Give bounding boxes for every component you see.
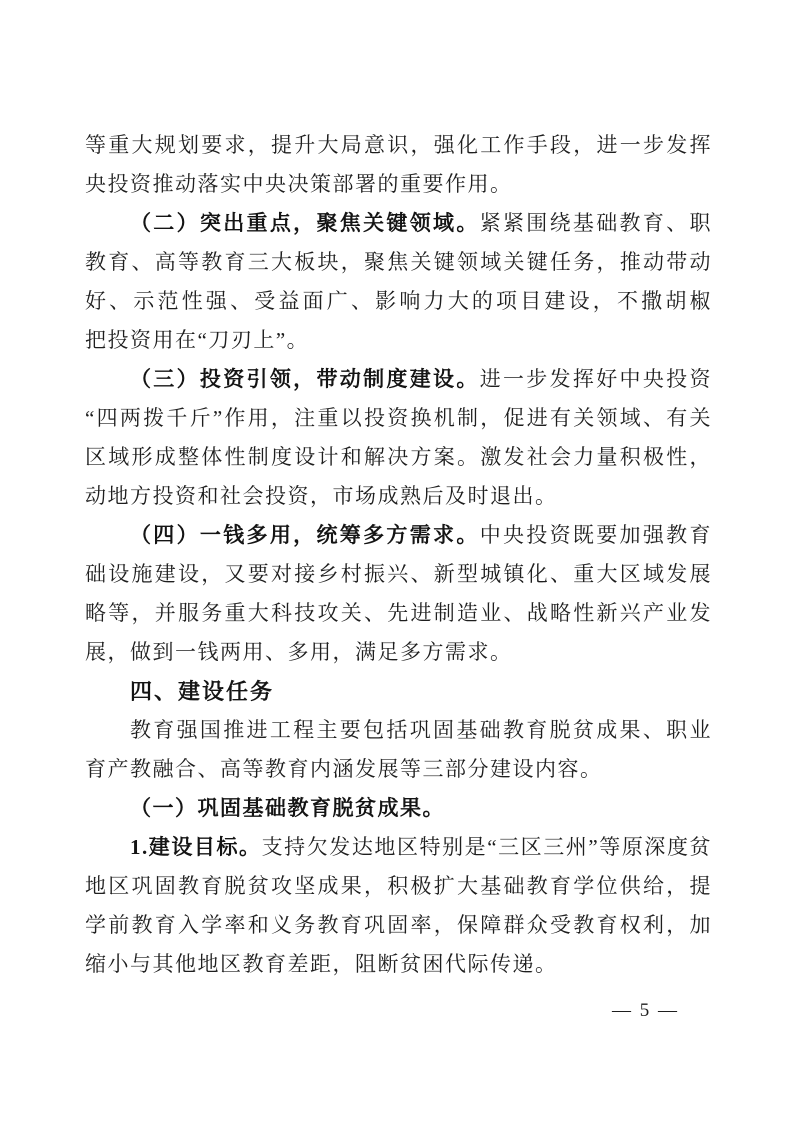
text-run: 区域形成整体性制度设计和解决方案。激发社会力量积极性，带 <box>85 445 712 477</box>
text-run: 础设施建设，又要对接乡村振兴、新型城镇化、重大区域发展战 <box>85 562 712 594</box>
text-line-4: 教育、高等教育三大板块，聚焦关键领域关键任务，推动带动性 <box>85 243 712 282</box>
text-run: 动地方投资和社会投资，市场成熟后及时退出。 <box>85 484 558 508</box>
text-run: 等重大规划要求，提升大局意识，强化工作手段，进一步发挥中 <box>85 133 712 165</box>
text-run: 缩小与其他地区教育差距，阻断贫困代际传递。 <box>85 952 558 976</box>
text-line-19: 1.建设目标。支持欠发达地区特别是“三区三州”等原深度贫困 <box>85 828 712 867</box>
text-line-16: 教育强国推进工程主要包括巩固基础教育脱贫成果、职业教 <box>85 711 712 750</box>
text-run: 略等，并服务重大科技攻关、先进制造业、战略性新兴产业发 <box>85 601 712 625</box>
page-number: — 5 — <box>612 998 679 1024</box>
text-line-7: （三）投资引领，带动制度建设。进一步发挥好中央投资 <box>85 360 712 399</box>
text-line-14: 展，做到一钱两用、多用，满足多方需求。 <box>85 633 712 672</box>
bold-text-run: （一）巩固基础教育脱贫成果。 <box>130 796 445 820</box>
document-page: 等重大规划要求，提升大局意识，强化工作手段，进一步发挥中央投资推动落实中央决策部… <box>0 0 793 1122</box>
text-block: 等重大规划要求，提升大局意识，强化工作手段，进一步发挥中央投资推动落实中央决策部… <box>85 126 712 984</box>
text-run: 展，做到一钱两用、多用，满足多方需求。 <box>85 640 513 664</box>
text-run: 教育强国推进工程主要包括巩固基础教育脱贫成果、职业教 <box>85 718 712 750</box>
text-run: 教育、高等教育三大板块，聚焦关键领域关键任务，推动带动性 <box>85 250 712 282</box>
text-line-17: 育产教融合、高等教育内涵发展等三部分建设内容。 <box>85 750 712 789</box>
bold-text-run: （三）投资引领，带动制度建设。 <box>130 367 480 391</box>
text-line-20: 地区巩固教育脱贫攻坚成果，积极扩大基础教育学位供给，提高 <box>85 867 712 906</box>
text-line-6: 把投资用在“刀刃上”。 <box>85 321 712 360</box>
text-run: 进一步发挥好中央投资 <box>480 367 712 391</box>
text-run: “四两拨千斤”作用，注重以投资换机制，促进有关领域、有关 <box>85 406 712 430</box>
bold-text-run: （四）一钱多用，统筹多方需求。 <box>130 523 480 547</box>
text-line-21: 学前教育入学率和义务教育巩固率，保障群众受教育权利，加快 <box>85 906 712 945</box>
text-line-18: （一）巩固基础教育脱贫成果。 <box>85 789 712 828</box>
text-line-12: 础设施建设，又要对接乡村振兴、新型城镇化、重大区域发展战 <box>85 555 712 594</box>
bold-text-run: （二）突出重点，聚焦关键领域。 <box>130 211 480 235</box>
text-line-3: （二）突出重点，聚焦关键领域。紧紧围绕基础教育、职业 <box>85 204 712 243</box>
text-line-2: 央投资推动落实中央决策部署的重要作用。 <box>85 165 712 204</box>
text-line-8: “四两拨千斤”作用，注重以投资换机制，促进有关领域、有关 <box>85 399 712 438</box>
text-run: 学前教育入学率和义务教育巩固率，保障群众受教育权利，加快 <box>85 913 712 945</box>
text-line-9: 区域形成整体性制度设计和解决方案。激发社会力量积极性，带 <box>85 438 712 477</box>
bold-text-run: 四、建设任务 <box>130 679 274 704</box>
text-line-13: 略等，并服务重大科技攻关、先进制造业、战略性新兴产业发 <box>85 594 712 633</box>
text-line-1: 等重大规划要求，提升大局意识，强化工作手段，进一步发挥中 <box>85 126 712 165</box>
text-line-15: 四、建设任务 <box>85 672 712 711</box>
text-line-11: （四）一钱多用，统筹多方需求。中央投资既要加强教育基 <box>85 516 712 555</box>
text-run: 地区巩固教育脱贫攻坚成果，积极扩大基础教育学位供给，提高 <box>85 874 712 906</box>
bold-text-run: 1.建设目标。 <box>130 835 262 859</box>
text-line-10: 动地方投资和社会投资，市场成熟后及时退出。 <box>85 477 712 516</box>
text-run: 央投资推动落实中央决策部署的重要作用。 <box>85 172 513 196</box>
text-line-22: 缩小与其他地区教育差距，阻断贫困代际传递。 <box>85 945 712 984</box>
text-line-5: 好、示范性强、受益面广、影响力大的项目建设，不撒胡椒面， <box>85 282 712 321</box>
text-run: 好、示范性强、受益面广、影响力大的项目建设，不撒胡椒面， <box>85 289 712 321</box>
text-run: 育产教融合、高等教育内涵发展等三部分建设内容。 <box>85 757 603 781</box>
text-run: 把投资用在“刀刃上”。 <box>85 328 309 352</box>
